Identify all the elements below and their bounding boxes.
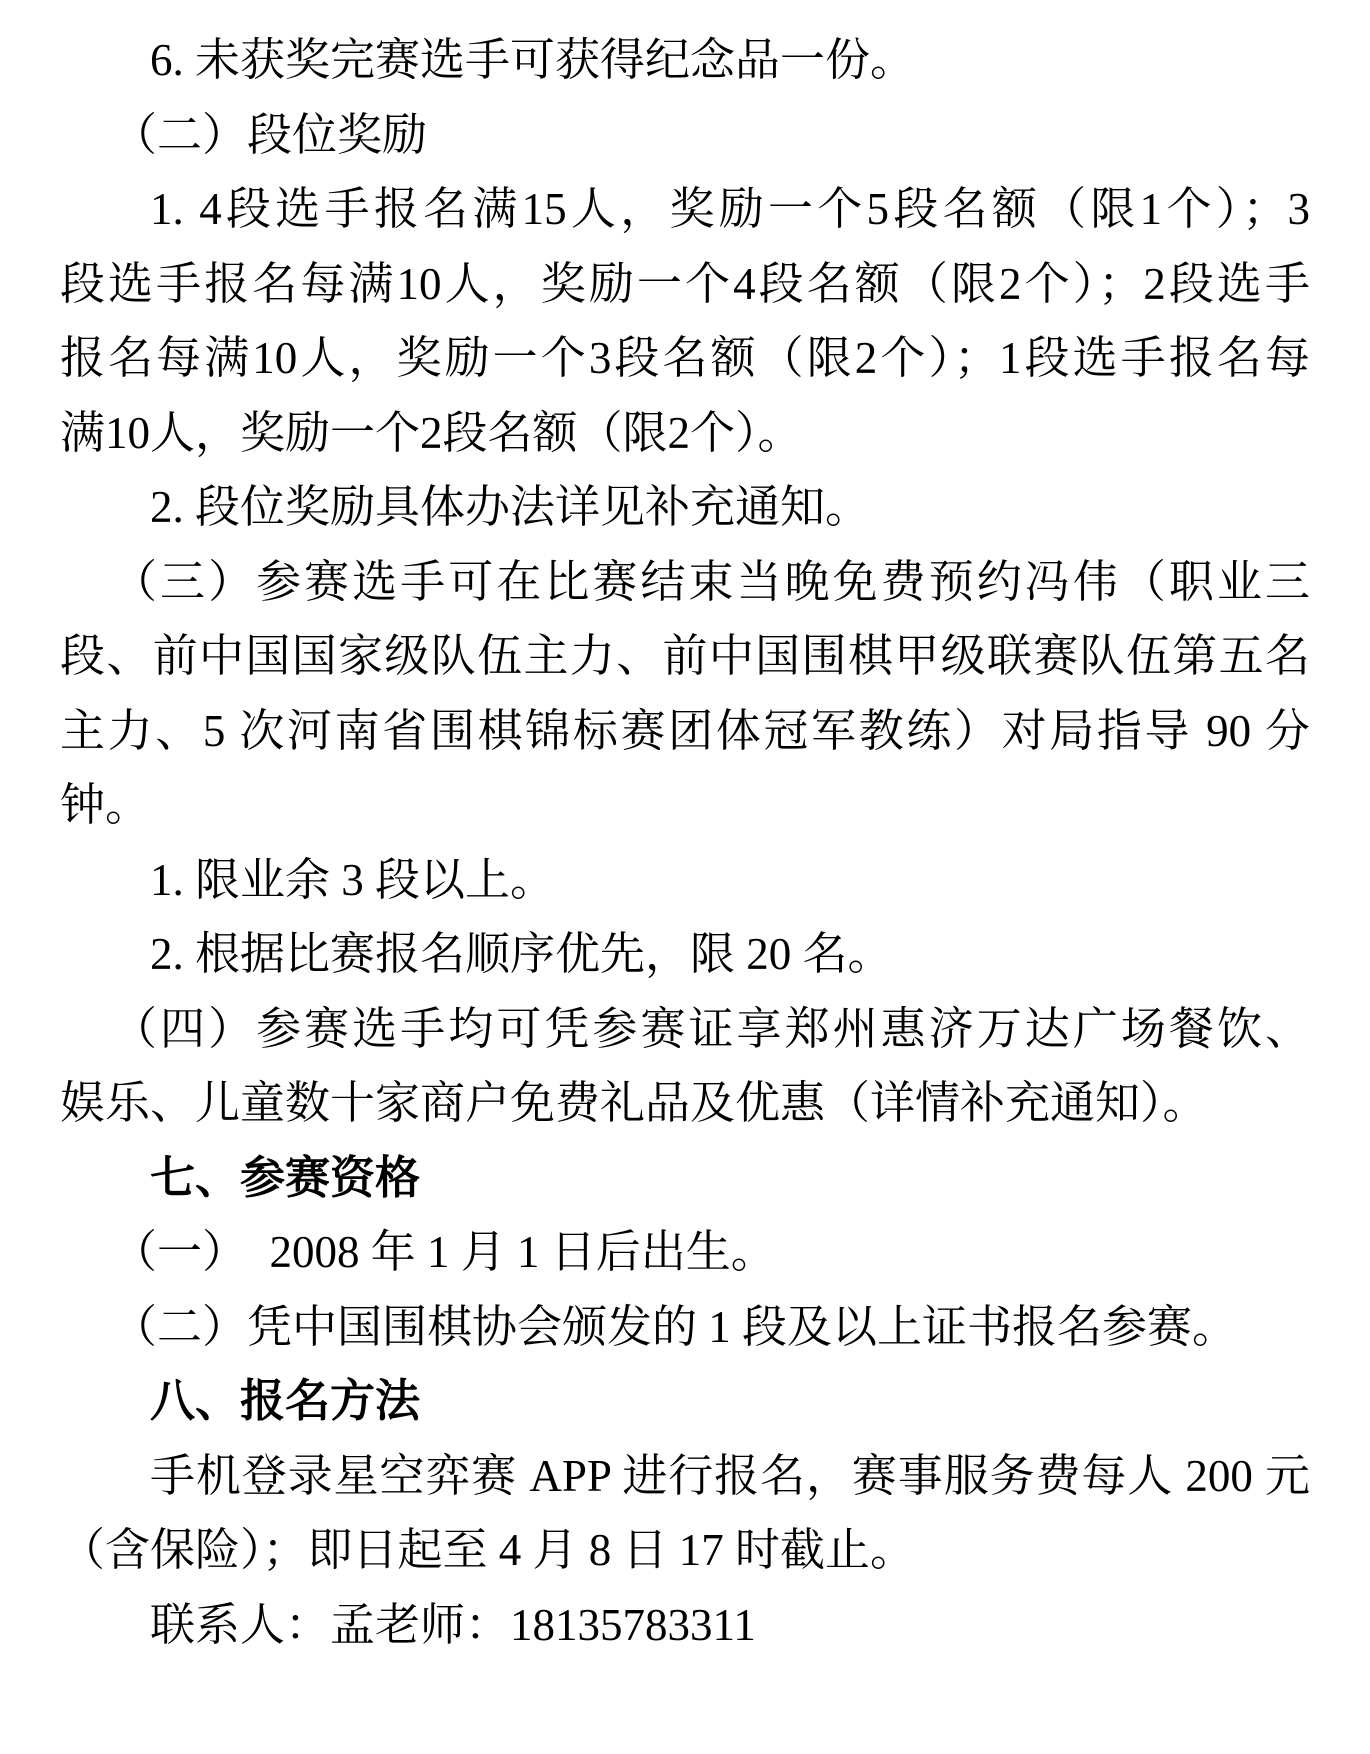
paragraph-line-mall-benefit-2: 娱乐、儿童数十家商户免费礼品及优惠（详情补充通知）。: [60, 1066, 1310, 1141]
paragraph-line-birthdate-rule: （一） 2008 年 1 月 1 日后出生。: [60, 1215, 1310, 1290]
document-page: 6. 未获奖完赛选手可获得纪念品一份。 （二）段位奖励 1. 4段选手报名满15…: [0, 0, 1370, 1754]
paragraph-line-registration-1: 手机登录星空弈赛 APP 进行报名，赛事服务费每人 200 元: [60, 1439, 1310, 1514]
section-heading-registration: 八、报名方法: [60, 1364, 1310, 1439]
paragraph-line-coach-session-3: 主力、5 次河南省围棋锦标赛团体冠军教练）对局指导 90 分: [60, 694, 1310, 769]
section-heading-qualification: 七、参赛资格: [60, 1141, 1310, 1216]
paragraph-line-coach-session-4: 钟。: [60, 768, 1310, 843]
paragraph-line-dan-award-notice: 2. 段位奖励具体办法详见补充通知。: [60, 470, 1310, 545]
paragraph-line-souvenir: 6. 未获奖完赛选手可获得纪念品一份。: [60, 23, 1310, 98]
paragraph-line-priority-limit: 2. 根据比赛报名顺序优先，限 20 名。: [60, 917, 1310, 992]
subheading-dan-award: （二）段位奖励: [60, 98, 1310, 173]
paragraph-line-dan-quota-1: 1. 4段选手报名满15人，奖励一个5段名额（限1个）；3: [60, 172, 1310, 247]
paragraph-line-certificate-rule: （二）凭中国围棋协会颁发的 1 段及以上证书报名参赛。: [60, 1290, 1310, 1365]
paragraph-line-coach-session-2: 段、前中国国家级队伍主力、前中国围棋甲级联赛队伍第五名: [60, 619, 1310, 694]
paragraph-line-dan-quota-2: 段选手报名每满10人，奖励一个4段名额（限2个）；2段选手: [60, 247, 1310, 322]
paragraph-line-coach-session-1: （三）参赛选手可在比赛结束当晚免费预约冯伟（职业三: [60, 545, 1310, 620]
paragraph-line-dan-quota-3: 报名每满10人，奖励一个3段名额（限2个）；1段选手报名每: [60, 321, 1310, 396]
paragraph-line-dan-quota-4: 满10人，奖励一个2段名额（限2个）。: [60, 396, 1310, 471]
paragraph-line-registration-2: （含保险）；即日起至 4 月 8 日 17 时截止。: [60, 1513, 1310, 1588]
document-body: 6. 未获奖完赛选手可获得纪念品一份。 （二）段位奖励 1. 4段选手报名满15…: [60, 23, 1310, 1662]
contact-line: 联系人：孟老师：18135783311: [60, 1588, 1310, 1663]
paragraph-line-amateur-limit: 1. 限业余 3 段以上。: [60, 843, 1310, 918]
paragraph-line-mall-benefit-1: （四）参赛选手均可凭参赛证享郑州惠济万达广场餐饮、: [60, 992, 1310, 1067]
